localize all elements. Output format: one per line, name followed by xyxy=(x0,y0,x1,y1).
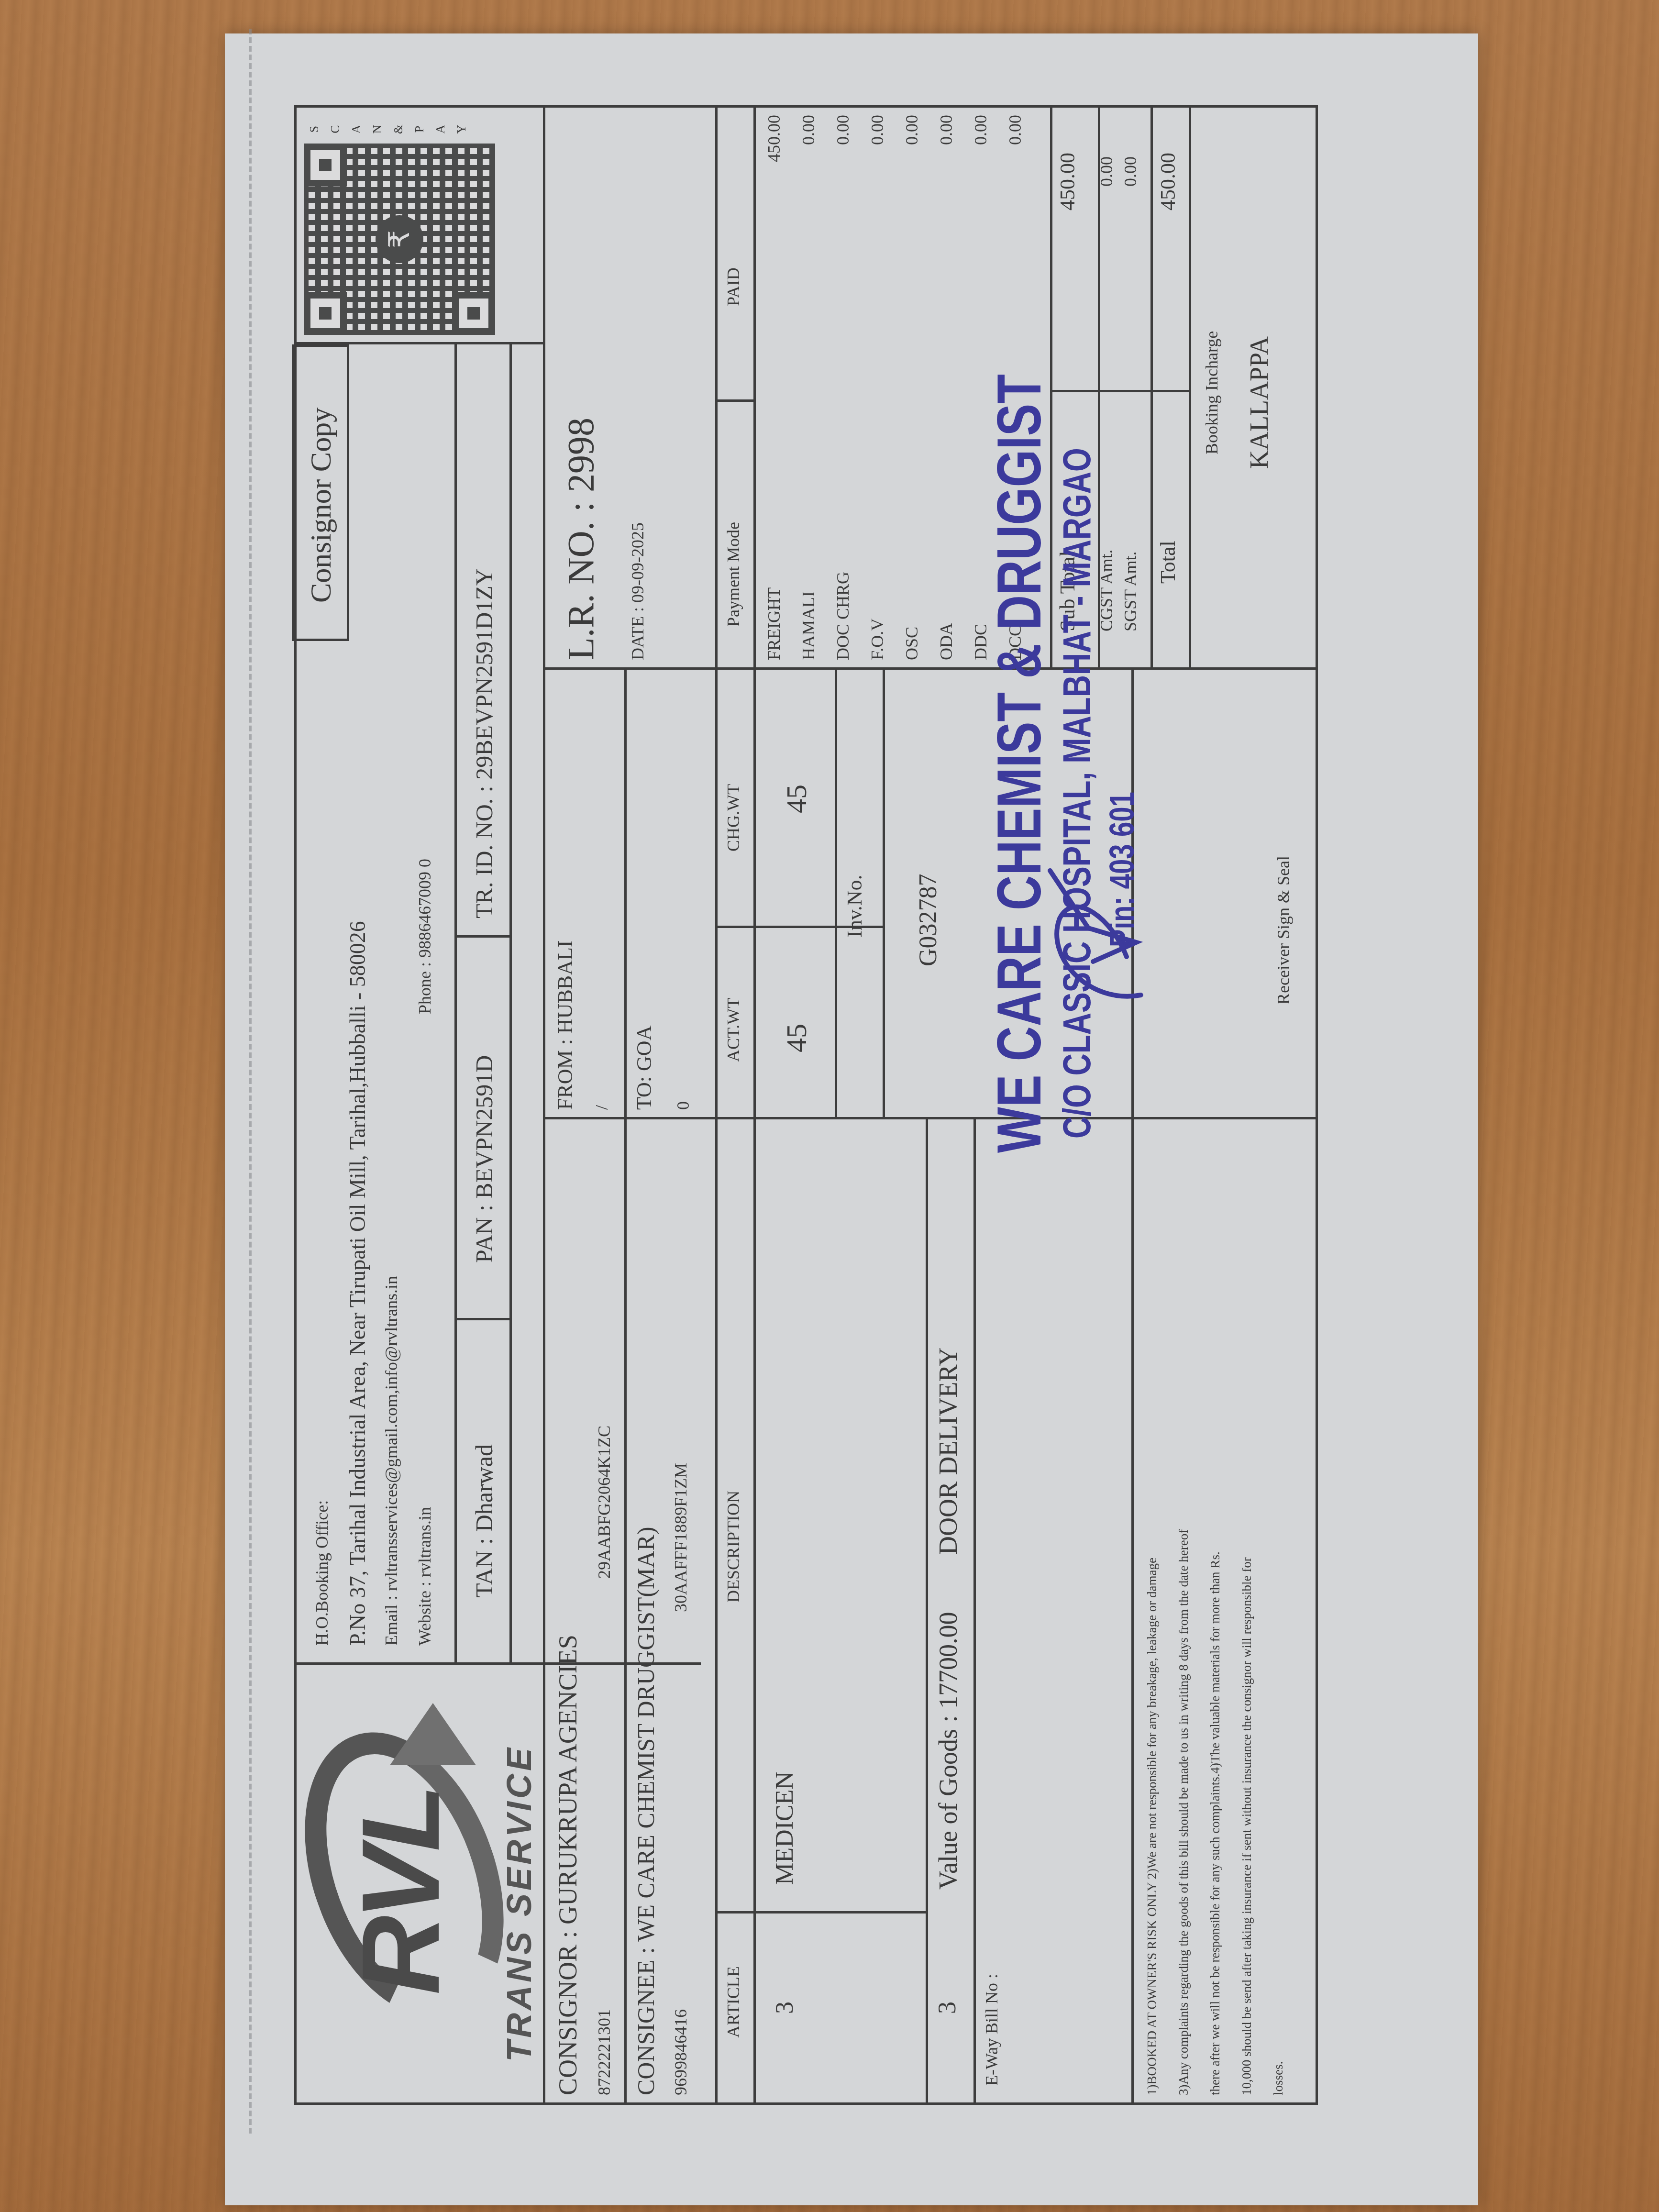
consignee-gstin: 30AAFFF1889F1ZM xyxy=(672,1463,689,1612)
subtotal-value: 450.00 xyxy=(1057,153,1078,210)
route-to-extra: 0 xyxy=(675,1101,692,1110)
charge-label: OSC xyxy=(903,627,920,660)
office-label: H.O.Booking Office: xyxy=(313,1500,331,1646)
charge-value: 450.00 xyxy=(765,115,783,162)
terms-line: losses. xyxy=(1272,2061,1285,2095)
consignor-gstin: 29AABFG2064K1ZC xyxy=(596,1426,613,1579)
receiver-sign-label: Receiver Sign & Seal xyxy=(1275,856,1292,1005)
charge-value: 0.00 xyxy=(1006,115,1024,145)
consignor-name: CONSIGNOR : GURUKRUPA AGENCIES xyxy=(555,1635,581,2095)
delivery-type: DOOR DELIVERY xyxy=(935,1348,961,1555)
cgst-label: CGST Amt. xyxy=(1098,550,1115,631)
charge-label: HAMALI xyxy=(800,591,817,660)
scan-and-pay-label: SCAN&PAY xyxy=(304,122,472,136)
sgst-value: 0.00 xyxy=(1122,156,1139,187)
terms-line: 10,000 should be send after taking insur… xyxy=(1240,1557,1253,2095)
perforation-line xyxy=(249,29,252,2134)
company-logo: RVL TRANS SERVICE xyxy=(304,1665,533,2095)
row-article: 3 xyxy=(773,2002,797,2014)
row-chg-wt: 45 xyxy=(782,785,811,813)
charge-label: DOC CHRG xyxy=(834,572,852,660)
charge-value: 0.00 xyxy=(800,115,817,145)
booking-incharge-label: Booking Incharge xyxy=(1203,331,1220,454)
charge-value: 0.00 xyxy=(938,115,955,145)
value-of-goods: Value of Goods : 17700.00 xyxy=(935,1612,961,1890)
charge-label: F.O.V xyxy=(869,619,886,660)
terms-line: 1)BOOKED AT OWNER'S RISK ONLY 2)We are n… xyxy=(1146,1558,1159,2095)
rupee-icon: ₹ xyxy=(376,215,423,263)
lr-number: L.R. NO. : 2998 xyxy=(562,418,599,660)
terms-line: 3)Any complaints regarding the goods of … xyxy=(1177,1529,1190,2095)
company-phone: Phone : 9886467009 0 xyxy=(416,859,433,1014)
payment-qr-code[interactable]: ₹ xyxy=(304,144,495,335)
charge-label: ODA xyxy=(938,623,955,660)
logo-subtitle: TRANS SERVICE xyxy=(500,1745,539,2062)
receiver-signature xyxy=(1031,861,1155,1014)
header-description: DESCRIPTION xyxy=(725,1491,742,1603)
tr-id-field: TR. ID. NO. : 29BEVPN2591D1ZY xyxy=(472,568,496,918)
consignee-stamp-line1: WE CARE CHEMIST & DRUGGIST xyxy=(983,374,1055,1153)
charge-value: 0.00 xyxy=(903,115,920,145)
header-act-wt: ACT.WT xyxy=(725,998,742,1062)
company-email: Email : rvltransservices@gmail.com,info@… xyxy=(383,1276,400,1646)
route-from: FROM : HUBBALI xyxy=(555,940,576,1110)
company-address: P.No 37, Tarihal Industrial Area, Near T… xyxy=(347,921,369,1646)
invoice-number: G032787 xyxy=(916,874,941,966)
header-article: ARTICLE xyxy=(725,1966,742,2038)
pan-field: PAN : BEVPN2591D xyxy=(472,1055,496,1263)
consignee-stamp-line2: C/O CLASSIC HOSPITAL, MALBHAT - MARGAO xyxy=(1055,448,1100,1139)
total-label: Total xyxy=(1158,541,1179,584)
charge-label: FREIGHT xyxy=(765,587,783,660)
total-articles: 3 xyxy=(935,2002,960,2014)
terms-line: there after we will not be responsible f… xyxy=(1209,1551,1222,2095)
eway-bill-label: E-Way Bill No : xyxy=(983,1974,1000,2086)
route-from-extra: / xyxy=(593,1105,610,1110)
consignor-phone: 8722221301 xyxy=(596,2009,613,2095)
charge-value: 0.00 xyxy=(972,115,989,145)
charge-value: 0.00 xyxy=(834,115,852,145)
header-chg-wt: CHG.WT xyxy=(725,784,742,852)
invoice-label: Inv.No. xyxy=(844,874,865,938)
consignee-name: CONSIGNEE : WE CARE CHEMIST DRUGGIST(MAR… xyxy=(634,1527,658,2095)
charge-value: 0.00 xyxy=(869,115,886,145)
tan-field: TAN : Dharwad xyxy=(472,1444,496,1598)
row-description: MEDICEN xyxy=(773,1771,797,1885)
payment-mode-value: PAID xyxy=(725,267,742,306)
sgst-label: SGST Amt. xyxy=(1122,552,1139,631)
booking-date: DATE : 09-09-2025 xyxy=(629,522,646,660)
copy-label: Consignor Copy xyxy=(306,408,336,603)
company-website: Website : rvltrans.in xyxy=(416,1507,433,1646)
total-value: 450.00 xyxy=(1158,153,1179,210)
booking-incharge-name: KALLAPPA xyxy=(1246,336,1272,469)
cgst-value: 0.00 xyxy=(1098,156,1115,187)
payment-mode-label: Payment Mode xyxy=(725,522,742,627)
row-act-wt: 45 xyxy=(782,1024,811,1052)
route-to: TO: GOA xyxy=(634,1026,655,1110)
lorry-receipt: RVL TRANS SERVICE H.O.Booking Office: P.… xyxy=(294,96,1323,2105)
consignee-phone: 9699846416 xyxy=(672,2009,689,2095)
